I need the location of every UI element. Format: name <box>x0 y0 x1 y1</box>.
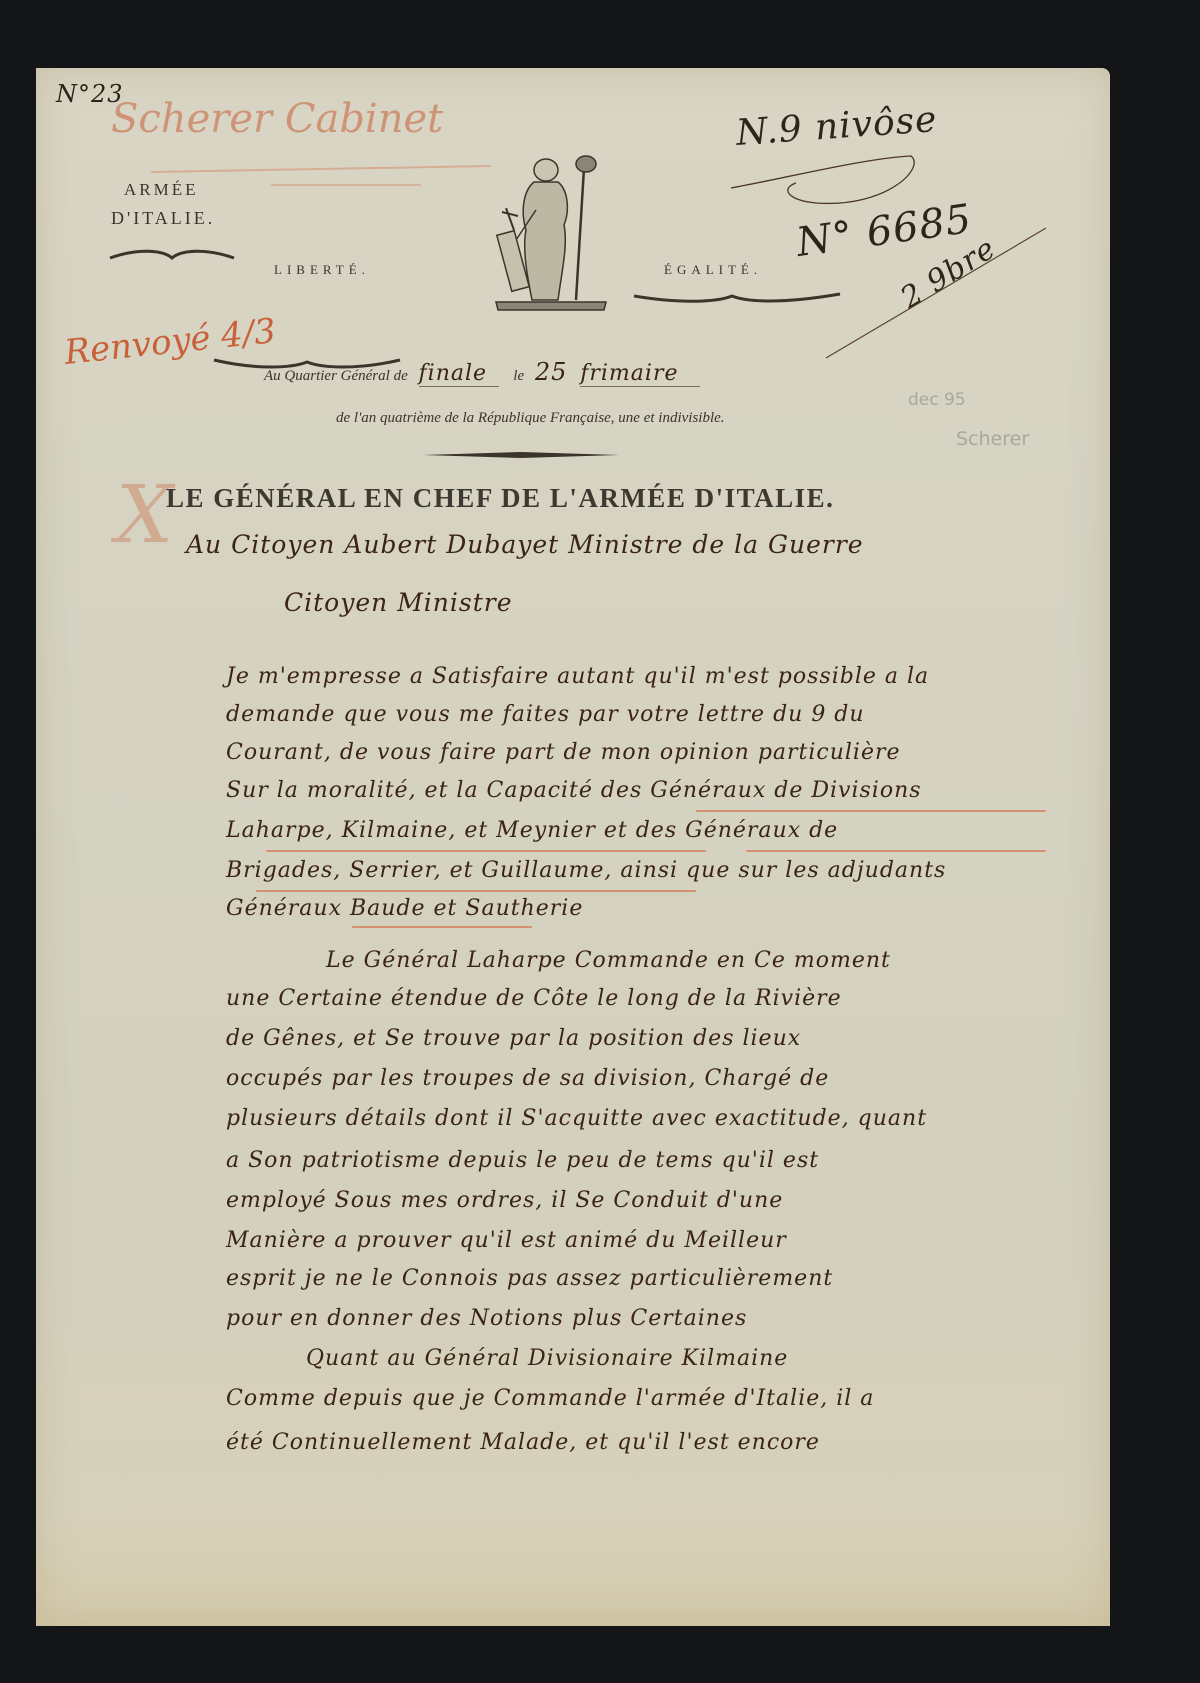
annotation-nivose-date: N.9 nivôse <box>735 99 939 154</box>
red-strike-line <box>271 184 421 186</box>
body-line: Manière a prouver qu'il est animé du Mei… <box>226 1228 787 1253</box>
body-line: pour en donner des Notions plus Certaine… <box>226 1306 747 1331</box>
body-line: Brigades, Serrier, et Guillaume, ainsi q… <box>226 858 946 883</box>
body-line: Généraux Baude et Sautherie <box>226 896 583 921</box>
body-line: Quant au Général Divisionaire Kilmaine <box>306 1346 788 1371</box>
body-line: esprit je ne le Connois pas assez partic… <box>226 1266 833 1291</box>
body-line: demande que vous me faites par votre let… <box>226 702 865 727</box>
body-line: Le Général Laharpe Commande en Ce moment <box>326 948 891 973</box>
ornament-rule-icon <box>421 450 621 460</box>
salutation: Citoyen Ministre <box>284 588 513 617</box>
dateline-place: finale <box>419 361 499 387</box>
dateline-printed-prefix: Au Quartier Général de <box>264 368 408 384</box>
body-line: de Gênes, et Se trouve par la position d… <box>226 1026 801 1051</box>
red-underline <box>352 926 532 928</box>
letterhead-army-line2: D'ITALIE. <box>111 208 215 229</box>
pencil-name-note: Scherer <box>956 428 1029 450</box>
body-line: Sur la moralité, et la Capacité des Géné… <box>226 778 922 803</box>
liberty-emblem-icon <box>476 150 626 315</box>
document-title: LE GÉNÉRAL EN CHEF DE L'ARMÉE D'ITALIE. <box>166 483 834 514</box>
ornament-flourish-icon <box>632 290 842 306</box>
red-underline <box>696 810 1046 812</box>
addressee-line: Au Citoyen Aubert Dubayet Ministre de la… <box>186 530 864 559</box>
body-line: plusieurs détails dont il S'acquitte ave… <box>226 1106 927 1131</box>
red-margin-mark: X <box>116 468 173 561</box>
dateline-month: frimaire <box>580 361 700 387</box>
body-line: Laharpe, Kilmaine, et Meynier et des Gén… <box>226 818 838 843</box>
pencil-date-note: dec 95 <box>908 390 966 410</box>
dateline-row-1: Au Quartier Général de finale le 25 frim… <box>264 358 700 387</box>
body-line: Comme depuis que je Commande l'armée d'I… <box>226 1386 874 1411</box>
body-line: a Son patriotisme depuis le peu de tems … <box>226 1148 819 1173</box>
dateline-row-2: de l'an quatrième de la République Franç… <box>336 410 725 427</box>
red-underline <box>266 850 706 852</box>
red-underline <box>256 890 696 892</box>
body-line: occupés par les troupes de sa division, … <box>226 1066 829 1091</box>
red-underline <box>746 850 1046 852</box>
body-line: été Continuellement Malade, et qu'il l'e… <box>226 1430 820 1455</box>
motto-egalite: ÉGALITÉ. <box>664 262 762 278</box>
body-line: une Certaine étendue de Côte le long de … <box>226 986 842 1011</box>
body-line: Je m'empresse a Satisfaire autant qu'il … <box>226 664 929 689</box>
red-crossed-heading: Scherer Cabinet <box>111 96 443 142</box>
body-line: Courant, de vous faire part de mon opini… <box>226 740 901 765</box>
manuscript-page: N°23 Scherer Cabinet ARMÉE D'ITALIE. LIB… <box>36 68 1110 1626</box>
annotation-diagonal-line <box>816 218 1056 368</box>
red-strike-line <box>151 165 491 173</box>
letterhead-army-line1: ARMÉE <box>124 180 199 200</box>
motto-liberte: LIBERTÉ. <box>274 262 370 278</box>
body-line: employé Sous mes ordres, il Se Conduit d… <box>226 1188 783 1213</box>
dateline-le: le <box>513 368 524 384</box>
ornament-flourish-icon <box>108 246 238 262</box>
dateline-day: 25 <box>535 358 568 386</box>
